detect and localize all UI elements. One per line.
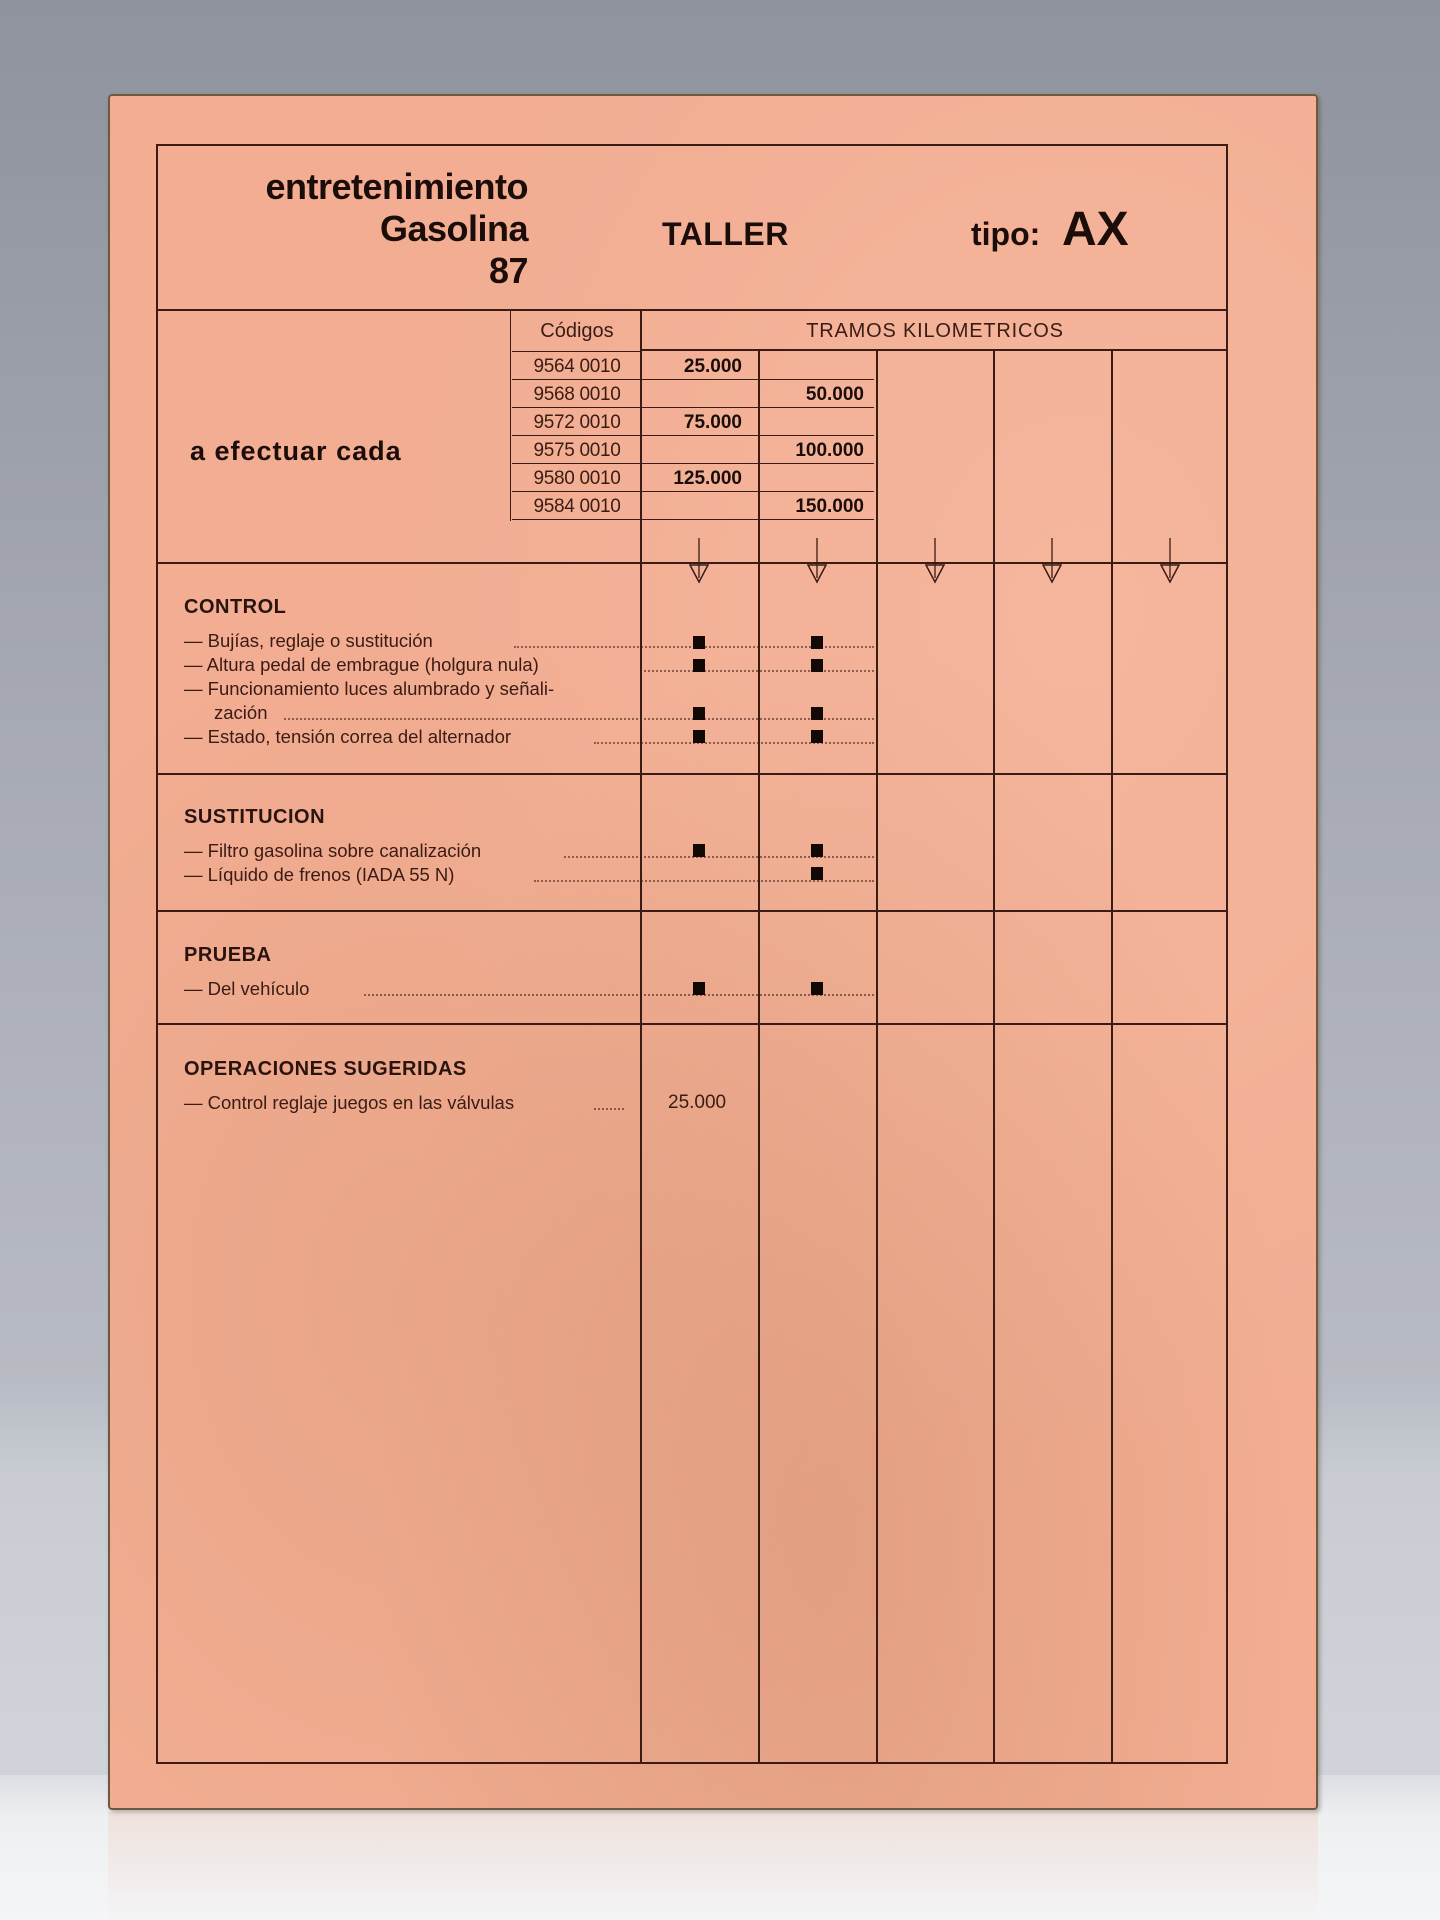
divider: [512, 351, 642, 352]
divider: [993, 351, 995, 1764]
divider: [1111, 351, 1113, 1764]
task-item: — Altura pedal de embrague (holgura nula…: [184, 653, 874, 677]
leader-dots: [364, 994, 874, 996]
form-title: entretenimiento Gasolina 87: [194, 166, 528, 292]
leader-dots: [594, 742, 874, 744]
check-mark-icon: [811, 867, 823, 880]
divider: [758, 351, 760, 1764]
check-mark-icon: [811, 636, 823, 649]
down-arrow-icon: [1042, 538, 1062, 586]
task-item: — Funcionamiento luces alumbrado y señal…: [184, 677, 874, 701]
km-interval: 50.000: [760, 381, 864, 409]
down-arrow-icon: [689, 538, 709, 586]
down-arrow-icon: [1160, 538, 1180, 586]
divider: [876, 351, 878, 1764]
task-label: — Filtro gasolina sobre canalización: [184, 839, 485, 863]
leader-dots: [644, 670, 874, 672]
km-interval: 25.000: [642, 353, 742, 381]
km-interval: 100.000: [760, 437, 864, 465]
section-title-replacement: SUSTITUCION: [184, 806, 325, 829]
title-line-3: 87: [194, 250, 528, 292]
leader-dots: [284, 718, 874, 720]
task-item: — Líquido de frenos (IADA 55 N): [184, 863, 874, 887]
part-code: 9580 0010: [512, 465, 642, 493]
part-code: 9575 0010: [512, 437, 642, 465]
task-item: — Bujías, reglaje o sustitución: [184, 629, 874, 653]
leader-dots: [594, 1108, 624, 1110]
divider: [640, 309, 642, 1764]
task-label: — Funcionamiento luces alumbrado y señal…: [184, 677, 558, 701]
km-interval: 75.000: [642, 409, 742, 437]
maintenance-form: entretenimiento Gasolina 87 TALLER tipo:…: [156, 144, 1228, 1764]
form-header: entretenimiento Gasolina 87 TALLER tipo:…: [158, 146, 1230, 311]
title-line-2: Gasolina: [194, 208, 528, 250]
check-mark-icon: [693, 659, 705, 672]
task-item: — Estado, tensión correa del alternador: [184, 725, 874, 749]
task-item: — Filtro gasolina sobre canalización: [184, 839, 874, 863]
task-label: — Estado, tensión correa del alternador: [184, 725, 515, 749]
workshop-label: TALLER: [662, 216, 789, 253]
task-label: zación: [184, 701, 271, 725]
part-code: 9572 0010: [512, 409, 642, 437]
maintenance-card: entretenimiento Gasolina 87 TALLER tipo:…: [108, 94, 1318, 1810]
part-code: 9584 0010: [512, 493, 642, 521]
section-title-control: CONTROL: [184, 596, 286, 619]
task-item-continued: zación: [184, 701, 874, 725]
check-mark-icon: [693, 636, 705, 649]
check-mark-icon: [811, 730, 823, 743]
down-arrow-icon: [807, 538, 827, 586]
part-code: 9564 0010: [512, 353, 642, 381]
check-mark-icon: [693, 982, 705, 995]
check-mark-icon: [811, 844, 823, 857]
km-ranges-header: TRAMOS KILOMETRICOS: [642, 311, 1228, 351]
divider: [510, 309, 511, 521]
km-interval: 150.000: [760, 493, 864, 521]
divider: [158, 1023, 1228, 1025]
task-label: — Control reglaje juegos en las válvulas: [184, 1091, 518, 1115]
leader-dots: [564, 856, 874, 858]
card-reflection: [108, 1812, 1318, 1920]
task-label: — Bujías, reglaje o sustitución: [184, 629, 437, 653]
divider: [158, 910, 1228, 912]
suggested-interval-value: 25.000: [668, 1092, 726, 1114]
section-title-test: PRUEBA: [184, 944, 271, 967]
title-line-1: entretenimiento: [194, 166, 528, 208]
part-code: 9568 0010: [512, 381, 642, 409]
task-label: — Altura pedal de embrague (holgura nula…: [184, 653, 543, 677]
task-label: — Líquido de frenos (IADA 55 N): [184, 863, 458, 887]
divider: [158, 773, 1228, 775]
check-mark-icon: [811, 659, 823, 672]
model-type-label: tipo:: [971, 216, 1040, 253]
check-mark-icon: [693, 707, 705, 720]
down-arrow-icon: [925, 538, 945, 586]
model-type-value: AX: [1062, 202, 1129, 257]
codes-header: Códigos: [512, 311, 642, 351]
task-label: — Del vehículo: [184, 977, 313, 1001]
check-mark-icon: [693, 730, 705, 743]
km-interval: 125.000: [642, 465, 742, 493]
leader-dots: [534, 880, 874, 882]
check-mark-icon: [811, 707, 823, 720]
check-mark-icon: [693, 844, 705, 857]
check-mark-icon: [811, 982, 823, 995]
task-item: — Del vehículo: [184, 977, 874, 1001]
task-item: — Control reglaje juegos en las válvulas: [184, 1091, 624, 1115]
section-title-suggested-operations: OPERACIONES SUGERIDAS: [184, 1058, 467, 1081]
apply-every-label: a efectuar cada: [190, 436, 402, 467]
